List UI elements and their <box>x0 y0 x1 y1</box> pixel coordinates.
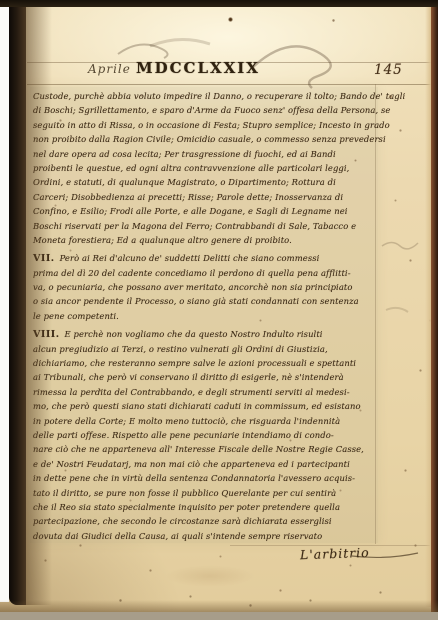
manuscript-line: non proibito dalla Ragion Civile; Omicid… <box>33 132 377 146</box>
manuscript-line: nel dare opera ad cosa lecita; Per trasg… <box>33 147 377 161</box>
manuscript-line: o sia ancor pendente il Processo, o sian… <box>33 294 377 308</box>
manuscript-line: delle parti offese. Rispetto alle pene p… <box>33 428 377 442</box>
manuscript-line: va, o pecuniaria, che possano aver merit… <box>33 280 377 294</box>
paper-stain <box>165 565 255 587</box>
manuscript-line: rimessa la perdita del Contrabbando, e d… <box>33 385 377 399</box>
header-month: Aprile <box>88 62 131 76</box>
top-book-edge <box>0 0 438 7</box>
manuscript-line-text: Però ai Rei d'alcuno de' suddetti Delitt… <box>60 253 320 263</box>
manuscript-line: alcun pregiudizio ai Terzi, o restino vu… <box>33 342 377 356</box>
manuscript-line: VII.Però ai Rei d'alcuno de' suddetti De… <box>33 251 377 265</box>
paragraph-viii: VIII.E perchè non vogliamo che da questo… <box>33 327 377 543</box>
manuscript-line: seguito in atto di Rissa, o in occasione… <box>33 118 377 132</box>
manuscript-line: dichiariamo, che resteranno sempre salve… <box>33 356 377 370</box>
manuscript-line: in potere della Corte; E molto meno tutt… <box>33 414 377 428</box>
manuscript-line: ai Tribunali, che però vi conservano il … <box>33 370 377 384</box>
header-rule-bottom <box>27 84 431 85</box>
header-year-roman: MDCCLXXIX <box>136 59 260 77</box>
manuscript-scan: Aprile MDCCLXXIX 145 Custode, purchè abb… <box>0 0 438 620</box>
manuscript-line: Moneta forestiera; Ed a qualunque altro … <box>33 233 377 247</box>
paragraph-intro: Custode, purchè abbia voluto impedire il… <box>33 89 377 247</box>
manuscript-line: prima del dì 20 del cadente concediamo i… <box>33 266 377 280</box>
ink-blot <box>228 17 233 22</box>
manuscript-line: dovuta dai Giudici della Causa, ai quali… <box>33 529 377 543</box>
book-binding <box>9 3 26 605</box>
paragraph-vii: VII.Però ai Rei d'alcuno de' suddetti De… <box>33 251 377 323</box>
manuscript-line: e de' Nostri Feudatarj, ma non mai ciò c… <box>33 457 377 471</box>
bottom-page-edge <box>0 600 438 612</box>
manuscript-line: Custode, purchè abbia voluto impedire il… <box>33 89 377 103</box>
manuscript-line: mo, che però questi siano stati dichiara… <box>33 399 377 413</box>
manuscript-line: tato il diritto, se pure non fosse il pu… <box>33 486 377 500</box>
manuscript-line: nare ciò che ne apparteneva all' Interes… <box>33 442 377 456</box>
manuscript-line: Confino, e Esilio; Frodi alle Porte, e a… <box>33 204 377 218</box>
page-number: 145 <box>374 62 403 78</box>
header-date-line: Aprile MDCCLXXIX <box>88 58 338 84</box>
manuscript-text-block: Custode, purchè abbia voluto impedire il… <box>33 89 377 543</box>
manuscript-line: proibenti le questue, ed ogni altra cont… <box>33 161 377 175</box>
manuscript-line-text: E perchè non vogliamo che da questo Nost… <box>65 329 323 339</box>
right-book-edge <box>431 0 438 620</box>
manuscript-line: Boschi riservati per la Magona del Ferro… <box>33 219 377 233</box>
binding-shadow <box>26 3 52 605</box>
manuscript-line: partecipazione, che secondo le circostan… <box>33 514 377 528</box>
manuscript-line: in dette pene che in virtù della sentenz… <box>33 471 377 485</box>
manuscript-line: che il Reo sia stato specialmente inquis… <box>33 500 377 514</box>
scan-margin-strip <box>0 4 9 602</box>
manuscript-line: le pene competenti. <box>33 309 377 323</box>
manuscript-line: di Boschi; Sgrillettamento, e sparo d'Ar… <box>33 103 377 117</box>
scan-background-strip <box>0 612 438 620</box>
signature: L'arbitrio <box>300 545 370 562</box>
manuscript-line: Carceri; Disobbedienza ai precetti; Riss… <box>33 190 377 204</box>
manuscript-line: Ordini, e statuti, di qualunque Magistra… <box>33 175 377 189</box>
manuscript-line: VIII.E perchè non vogliamo che da questo… <box>33 327 377 341</box>
